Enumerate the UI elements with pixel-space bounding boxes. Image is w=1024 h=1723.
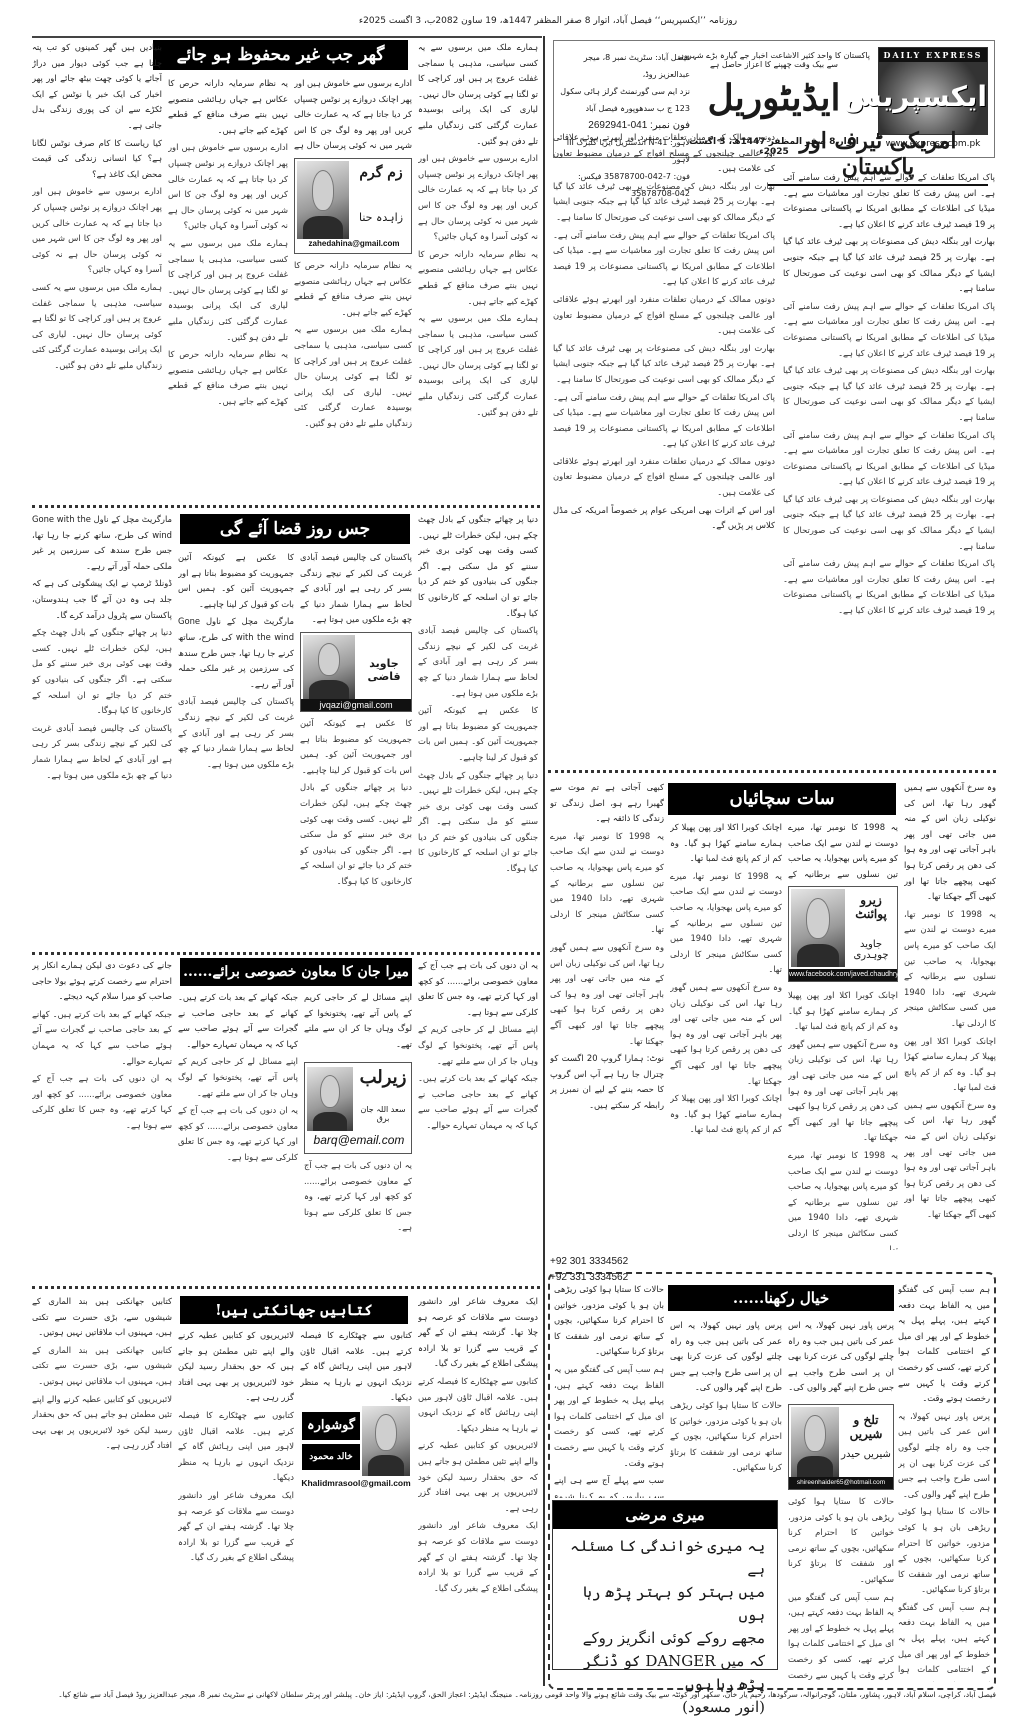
poem-title: میری مرضی — [553, 1501, 777, 1529]
column-paragraph: ہم سب آپس کی گفتگو میں یہ الفاظ بہت دفعہ… — [898, 1282, 990, 1407]
editorial-paragraph: پاک امریکا تعلقات کے حوالے سے اہم پیش رف… — [783, 428, 995, 490]
column-paragraph: جبکہ کھانے کے بعد بات کرتے ہیں۔ کھانے کے… — [418, 1071, 538, 1133]
column-paragraph: پرس پاور نہیں کھولا، یہ اس عمر کی باتیں … — [670, 1318, 782, 1396]
column-paragraph: لائبریریوں کو کتابیں عطیہ کرنے والے اپنے… — [178, 1328, 294, 1406]
column-paragraph: حالات کا ستایا ہوا کوئی ریڑھی بان ہو یا … — [554, 1282, 664, 1360]
poem-attribution: (انور مسعود) — [565, 1696, 765, 1719]
barq-col-2b: یہ ان دنوں کی بات ہے جب آج کے معاون خصوص… — [304, 1158, 412, 1276]
section-divider — [548, 770, 996, 773]
shireen-col-4: حالات کا ستایا ہوا کوئی ریڑھی بان ہو یا … — [554, 1282, 664, 1498]
column-paragraph: وہ سرخ آنکھوں سے ہمیں گھور رہا تھا، اس ک… — [550, 940, 664, 1049]
column-paragraph: نوٹ: ہمارا گروپ 20 اگست کو چترال جا رہا … — [550, 1051, 664, 1113]
qazi-col-1: دنیا پر چھائے جنگوں کے بادل چھٹ چکے ہیں،… — [418, 512, 538, 942]
author-card-zero-point: زیرو پوائنٹ جاوید چوہدری www.facebook.co… — [788, 886, 898, 982]
column-paragraph: جانے کی دعوت دی لیکن ہمارے انکار پر احتر… — [32, 958, 172, 1005]
column-paragraph: کتابیں جھانکتی ہیں بند الماری کے شیشوں س… — [32, 1294, 172, 1341]
column-paragraph: کیا ریاست کا کام صرف نوٹس لگانا ہے؟ کیا … — [32, 136, 162, 183]
column-paragraph: یہ ان دنوں کی بات ہے جب آج کے معاون خصوص… — [178, 1103, 298, 1165]
column-paragraph: وہ سرخ آنکھوں سے ہمیں گھور رہا تھا، اس ک… — [904, 780, 996, 905]
column-paragraph: ہمارے ملک میں برسوں سے یہ کسی سیاسی، مذہ… — [294, 322, 412, 431]
newspaper-page: روزنامہ ’’ایکسپریس‘‘ فیصل آباد، اتوار 8 … — [28, 0, 996, 1723]
editorial-paragraph: بھارت اور بنگلہ دیش کی مصنوعات پر بھی ٹی… — [783, 492, 995, 554]
goshwara-col-1: ایک معروف شاعر اور دانشور دوست سے ملاقات… — [418, 1294, 538, 1686]
address-line: فیصل آباد: سٹریٹ نمبر 8، میجر عبدالعزیز … — [560, 49, 690, 83]
column-headline: میرا جان کا معاون خصوصی برائے...... — [180, 958, 412, 986]
column-paragraph: اچانک کوبرا اکلا اور پھن پھیلا کر ہمارے … — [788, 988, 898, 1035]
poem-box: میری مرضی یہ میری خواندگی کا مسئلہ ہے می… — [552, 1500, 778, 1670]
column-paragraph: وہ سرخ آنکھوں سے ہمیں گھور رہا تھا، اس ک… — [670, 980, 782, 1089]
qazi-col-3: کا عکس ہے کیونکہ آئین جمہوریت کو مضبوط ب… — [178, 550, 294, 942]
column-paragraph: ہم سب آپس کی گفتگو میں یہ الفاظ بہت دفعہ… — [788, 1590, 894, 1684]
zam-garam-col-1: ہمارے ملک میں برسوں سے یہ کسی سیاسی، مذہ… — [418, 40, 538, 495]
column-paragraph: پرس پاور نہیں کھولا، یہ اس عمر کی باتیں … — [788, 1318, 894, 1396]
column-headline: جس روز قضا آئے گی — [180, 514, 410, 544]
author-card-zam-garam: زم گرم زاہدہ حنا zahedahina@gmail.com — [294, 158, 412, 254]
column-paragraph: سب سے پہلے آج سے ہی اپنے سب پیاروں کو یہ… — [554, 1473, 664, 1498]
author-email[interactable]: shireenhaider65@hotmail.com — [789, 1477, 893, 1489]
column-paragraph: وہ سرخ آنکھوں سے ہمیں گھور رہا تھا، اس ک… — [788, 1037, 898, 1146]
column-paragraph: پرس پاور نہیں کھولا، یہ اس عمر کی باتیں … — [898, 1409, 990, 1503]
column-paragraph: پاکستان کی چالیس فیصد آبادی غربت کی لکیر… — [178, 694, 294, 772]
author-photo — [791, 1407, 839, 1477]
shireen-col-3: پرس پاور نہیں کھولا، یہ اس عمر کی باتیں … — [670, 1318, 782, 1498]
author-name: سعد اللہ جان برق — [355, 1105, 411, 1123]
page-dateline: روزنامہ ’’ایکسپریس‘‘ فیصل آباد، اتوار 8 … — [348, 16, 748, 26]
author-photo — [307, 1067, 353, 1131]
column-paragraph: مارگریٹ مچل کے ناول Gone with the wind ک… — [178, 614, 294, 692]
author-photo — [303, 635, 355, 699]
column-paragraph: یہ نظام سرمایہ دارانہ حرص کا عکاس ہے جہا… — [168, 76, 288, 138]
column-paragraph: اچانک کوبرا اکلا اور پھن پھیلا کر ہمارے … — [670, 820, 782, 867]
column-headline: گھر جب غیر محفوظ ہو جائے — [153, 40, 408, 70]
page-footer-imprint: فیصل آباد، کراچی، اسلام آباد، لاہور، پشا… — [28, 1690, 996, 1699]
editorial-paragraph: بھارت اور بنگلہ دیش کی مصنوعات پر بھی ٹی… — [553, 341, 775, 388]
zero-point-col-4: کبھی آجاتی ہے تم موت سے گھبرا رہے ہو، اص… — [550, 780, 664, 1250]
phone-number[interactable]: +92 301 3334562 — [550, 1254, 670, 1270]
logo-band: DAILY EXPRESS — [879, 48, 987, 62]
barq-col-4: جانے کی دعوت دی لیکن ہمارے انکار پر احتر… — [32, 958, 172, 1276]
column-paragraph: ایک معروف شاعر اور دانشور دوست سے ملاقات… — [418, 1518, 538, 1596]
column-paragraph: پاکستان کی چالیس فیصد آبادی غربت کی لکیر… — [32, 721, 172, 783]
column-paragraph: ادارے برسوں سے خاموش ہیں اور پھر اچانک د… — [418, 151, 538, 245]
column-paragraph: مارگریٹ مچل کے ناول Gone with the wind ک… — [32, 512, 172, 574]
column-paragraph: یہ نظام سرمایہ دارانہ حرص کا عکاس ہے جہا… — [294, 258, 412, 320]
column-paragraph: ایک معروف شاعر اور دانشور دوست سے ملاقات… — [418, 1294, 538, 1372]
column-paragraph: ہمارے ملک میں برسوں سے یہ کسی سیاسی، مذہ… — [418, 40, 538, 149]
express-logo: DAILY EXPRESS ایکسپریس — [878, 47, 988, 135]
column-paragraph: لائبریریوں کو کتابیں عطیہ کرنے والے اپنے… — [418, 1438, 538, 1516]
column-paragraph: حالات کا ستایا ہوا کوئی ریڑھی بان ہو یا … — [898, 1504, 990, 1598]
author-card-goshwara: گوشوارہ خالد محمود رسول Khalidmrasool@gm… — [300, 1404, 412, 1496]
column-paragraph: اچانک کوبرا اکلا اور پھن پھیلا کر ہمارے … — [670, 1091, 782, 1138]
goshwara-col-4: کتابیں جھانکتی ہیں بند الماری کے شیشوں س… — [32, 1294, 172, 1686]
column-paragraph: ہمارے ملک میں برسوں سے یہ کسی سیاسی، مذہ… — [168, 236, 288, 345]
column-paragraph: یہ ان دنوں کی بات ہے جب آج کے معاون خصوص… — [304, 1158, 412, 1236]
column-paragraph: بنیادیں ہیں گھر کمینوں کو تب پتہ چلتا ہے… — [32, 40, 162, 134]
column-paragraph: ایک معروف شاعر اور دانشور دوست سے ملاقات… — [178, 1488, 294, 1566]
column-paragraph: یہ 1998 کا نومبر تھا، میرے دوست نے لندن … — [670, 869, 782, 978]
column-paragraph: کا عکس ہے کیونکہ آئین جمہوریت کو مضبوط ب… — [418, 703, 538, 765]
editorial-paragraph: بھارت اور بنگلہ دیش کی مصنوعات پر بھی ٹی… — [783, 234, 995, 296]
barq-col-1: یہ ان دنوں کی بات ہے جب آج کے معاون خصوص… — [418, 958, 538, 1276]
zam-garam-col-2: ادارے برسوں سے خاموش ہیں اور پھر اچانک د… — [294, 76, 412, 156]
editorial-paragraph: بھارت اور بنگلہ دیش کی مصنوعات پر بھی ٹی… — [783, 363, 995, 425]
author-facebook-link[interactable]: www.facebook.com/javed.chaudhry — [789, 969, 897, 981]
globe-icon: ایکسپریس — [879, 62, 987, 134]
column-paragraph: یہ 1998 کا نومبر تھا، میرے دوست نے لندن … — [550, 829, 664, 938]
section-divider — [32, 952, 540, 955]
column-paragraph: یہ 1998 کا نومبر تھا، میرے دوست نے لندن … — [788, 1148, 898, 1250]
author-name: خالد محمود رسول — [302, 1444, 360, 1470]
shireen-col-2b: حالات کا ستایا ہوا کوئی ریڑھی بان ہو یا … — [788, 1494, 894, 1684]
author-email[interactable]: jvqazi@gmail.com — [301, 699, 411, 711]
column-paragraph: ادارے برسوں سے خاموش ہیں اور پھر اچانک د… — [168, 140, 288, 234]
zero-point-col-2: یہ 1998 کا نومبر تھا، میرے دوست نے لندن … — [788, 820, 898, 880]
column-paragraph: وہ سرخ آنکھوں سے ہمیں گھور رہا تھا، اس ک… — [904, 1098, 996, 1223]
address-line: نزد ایم سی گورنمنٹ گرلز ہائی سکول 123 ج … — [560, 83, 690, 117]
qazi-col-2: پاکستان کی چالیس فیصد آبادی غربت کی لکیر… — [300, 550, 412, 630]
editorial-paragraph: پاک امریکا تعلقات کے حوالے سے اہم پیش رف… — [783, 299, 995, 361]
column-paragraph: اچانک کوبرا اکلا اور پھن پھیلا کر ہمارے … — [904, 1034, 996, 1096]
goshwara-col-2: کتابوں سے چھٹکارے کا فیصلہ کرتے ہیں۔ علا… — [300, 1328, 412, 1402]
column-name: تلخ و شیریں — [839, 1413, 893, 1441]
author-name: شیریں حیدر — [839, 1449, 893, 1460]
author-card-zer-e-lab: زیرلب سعد اللہ جان برق barq@email.com — [304, 1062, 412, 1154]
shireen-col-2: پرس پاور نہیں کھولا، یہ اس عمر کی باتیں … — [788, 1318, 894, 1400]
editorial-paragraph: دونوں ممالک کے درمیان تعلقات منفرد اور ا… — [553, 454, 775, 501]
column-paragraph: حالات کا ستایا ہوا کوئی ریڑھی بان ہو یا … — [670, 1398, 782, 1476]
logo-script: ایکسپریس — [879, 80, 987, 113]
zam-garam-col-4: بنیادیں ہیں گھر کمینوں کو تب پتہ چلتا ہے… — [32, 40, 162, 495]
column-paragraph: ڈونلڈ ٹرمپ نے ایک پیشگوئی کی ہے کہ جلد ہ… — [32, 576, 172, 623]
column-name: زم گرم — [351, 165, 411, 181]
zero-point-col-2b: اچانک کوبرا اکلا اور پھن پھیلا کر ہمارے … — [788, 988, 898, 1250]
zero-point-col-1: وہ سرخ آنکھوں سے ہمیں گھور رہا تھا، اس ک… — [904, 780, 996, 1250]
author-photo — [362, 1406, 410, 1476]
column-paragraph: کتابوں سے چھٹکارے کا فیصلہ کرتے ہیں۔ علا… — [178, 1408, 294, 1486]
column-paragraph: ہمارے ملک میں برسوں سے یہ کسی سیاسی، مذہ… — [418, 311, 538, 420]
poem-line: میں بہتر کو بہتر پڑھ رہا ہوں — [565, 1581, 765, 1627]
column-name: زیرو پوائنٹ — [845, 893, 897, 921]
editorial-paragraph: دونوں ممالک کے درمیان تعلقات منفرد اور ا… — [553, 292, 775, 339]
masthead-title: ایڈیٹوریل — [684, 77, 864, 119]
column-paragraph: ہم سب آپس کی گفتگو میں یہ الفاظ بہت دفعہ… — [898, 1600, 990, 1682]
author-email[interactable]: Khalidmrasool@gmail.com — [300, 1478, 412, 1488]
column-name: گوشوارہ — [302, 1412, 360, 1440]
column-name: زیرلب — [355, 1067, 411, 1088]
zam-garam-col-2b: یہ نظام سرمایہ دارانہ حرص کا عکاس ہے جہا… — [294, 258, 412, 495]
column-paragraph: کتابوں سے چھٹکارے کا فیصلہ کرتے ہیں۔ علا… — [418, 1374, 538, 1436]
column-paragraph: دنیا پر چھائے جنگوں کے بادل چھٹ چکے ہیں،… — [418, 512, 538, 621]
column-paragraph: لائبریریوں کو کتابیں عطیہ کرنے والے اپنے… — [32, 1392, 172, 1454]
column-paragraph: کتابیں جھانکتی ہیں بند الماری کے شیشوں س… — [32, 1343, 172, 1390]
editorial-paragraph: پاک امریکا تعلقات کے حوالے سے اہم پیش رف… — [783, 556, 995, 618]
column-headline: کتابیں جھانکتی ہیں! — [180, 1296, 408, 1324]
editorial-paragraph: پاک امریکا تعلقات کے حوالے سے اہم پیش رف… — [553, 390, 775, 452]
section-divider — [32, 505, 540, 508]
barq-col-2: اپنے مسائل لے کر حاجی کریم کے پاس آتے تھ… — [304, 990, 412, 1060]
author-name: جاوید چوہدری — [845, 939, 897, 961]
column-headline: سات سچائیاں — [668, 783, 896, 815]
poem-line: یہ میری خواندگی کا مسئلہ ہے — [565, 1535, 765, 1581]
editorial-paragraph: پاک امریکا تعلقات کے حوالے سے اہم پیش رف… — [783, 170, 995, 232]
column-paragraph: ادارے برسوں سے خاموش ہیں اور پھر اچانک د… — [294, 76, 412, 156]
column-paragraph: ہم سب آپس کی گفتگو میں یہ الفاظ بہت دفعہ… — [554, 1362, 664, 1471]
column-paragraph: یہ نظام سرمایہ دارانہ حرص کا عکاس ہے جہا… — [418, 247, 538, 309]
poem-line: مجھے روکے کوئی انگریز روکے — [565, 1627, 765, 1650]
column-paragraph: پاکستان کی چالیس فیصد آبادی غربت کی لکیر… — [418, 623, 538, 701]
zero-point-col-3: اچانک کوبرا اکلا اور پھن پھیلا کر ہمارے … — [670, 820, 782, 1250]
column-paragraph: دنیا پر چھائے جنگوں کے بادل چھٹ چکے ہیں،… — [32, 625, 172, 719]
editorial-paragraph: اور اس کے اثرات بھی امریکی عوام پر خصوصا… — [553, 503, 775, 534]
editorial-paragraph: بھارت اور بنگلہ دیش کی مصنوعات پر بھی ٹی… — [553, 179, 775, 226]
masthead-tagline: پاکستان کا واحد کثیر الاشاعت اخبار جے گی… — [674, 51, 874, 69]
top-divider — [32, 36, 542, 38]
shireen-col-1: ہم سب آپس کی گفتگو میں یہ الفاظ بہت دفعہ… — [898, 1282, 990, 1682]
column-paragraph: جبکہ کھانے کے بعد بات کرتے ہیں۔ کھانے کے… — [178, 990, 298, 1052]
column-paragraph: جبکہ کھانے کے بعد بات کرتے ہیں۔ کھانے کے… — [32, 1007, 172, 1069]
author-email[interactable]: barq@email.com — [305, 1133, 413, 1147]
column-paragraph: یہ نظام سرمایہ دارانہ حرص کا عکاس ہے جہا… — [168, 347, 288, 409]
column-paragraph: دنیا پر چھائے جنگوں کے بادل چھٹ چکے ہیں،… — [418, 768, 538, 877]
author-card-talkh-o-shireen: تلخ و شیریں شیریں حیدر shireenhaider65@h… — [788, 1404, 894, 1490]
column-paragraph: کبھی آجاتی ہے تم موت سے گھبرا رہے ہو، اص… — [550, 780, 664, 827]
editorial-column-right: پاک امریکا تعلقات کے حوالے سے اہم پیش رف… — [783, 170, 995, 750]
qazi-col-4: مارگریٹ مچل کے ناول Gone with the wind ک… — [32, 512, 172, 942]
column-paragraph: پاکستان کی چالیس فیصد آبادی غربت کی لکیر… — [300, 550, 412, 628]
editorial-column-left: دونوں ممالک کے درمیان تعلقات منفرد اور ا… — [553, 130, 775, 750]
editorial-paragraph: پاک امریکا تعلقات کے حوالے سے اہم پیش رف… — [553, 228, 775, 290]
author-name: زاہدہ حنا — [351, 211, 411, 224]
column-paragraph: اپنے مسائل لے کر حاجی کریم کے پاس آتے تھ… — [304, 990, 412, 1052]
column-paragraph: اپنے مسائل لے کر حاجی کریم کے پاس آتے تھ… — [418, 1022, 538, 1069]
column-paragraph: کتابوں سے چھٹکارے کا فیصلہ کرتے ہیں۔ علا… — [300, 1328, 412, 1402]
column-paragraph: ادارے برسوں سے خاموش ہیں اور پھر اچانک د… — [32, 184, 162, 278]
column-paragraph: حالات کا ستایا ہوا کوئی ریڑھی بان ہو یا … — [788, 1494, 894, 1588]
center-divider — [543, 36, 545, 1686]
column-paragraph: یہ ان دنوں کی بات ہے جب آج کے معاون خصوص… — [32, 1071, 172, 1133]
column-paragraph: یہ 1998 کا نومبر تھا، میرے دوست نے لندن … — [788, 820, 898, 880]
column-paragraph: دنیا پر چھائے جنگوں کے بادل چھٹ چکے ہیں،… — [300, 780, 412, 889]
column-paragraph: کا عکس ہے کیونکہ آئین جمہوریت کو مضبوط ب… — [300, 716, 412, 778]
author-photo — [791, 889, 845, 967]
editorial-paragraph: دونوں ممالک کے درمیان تعلقات منفرد اور ا… — [553, 130, 775, 177]
column-paragraph: اپنے مسائل لے کر حاجی کریم کے پاس آتے تھ… — [178, 1054, 298, 1101]
barq-col-3: جبکہ کھانے کے بعد بات کرتے ہیں۔ کھانے کے… — [178, 990, 298, 1276]
goshwara-col-3: لائبریریوں کو کتابیں عطیہ کرنے والے اپنے… — [178, 1328, 294, 1686]
column-paragraph: یہ 1998 کا نومبر تھا، میرے دوست نے لندن … — [904, 907, 996, 1032]
zam-garam-col-3: یہ نظام سرمایہ دارانہ حرص کا عکاس ہے جہا… — [168, 76, 288, 495]
column-paragraph: کا عکس ہے کیونکہ آئین جمہوریت کو مضبوط ب… — [178, 550, 294, 612]
section-divider — [32, 1286, 540, 1289]
author-card-javed-qazi: جاوید قاضی jvqazi@gmail.com — [300, 632, 412, 712]
column-paragraph: ہمارے ملک میں برسوں سے یہ کسی سیاسی، مذہ… — [32, 280, 162, 374]
author-photo — [297, 161, 349, 239]
qazi-col-2b: کا عکس ہے کیونکہ آئین جمہوریت کو مضبوط ب… — [300, 716, 412, 942]
author-name: جاوید قاضی — [357, 657, 411, 683]
author-email[interactable]: zahedahina@gmail.com — [295, 239, 413, 248]
column-paragraph: یہ ان دنوں کی بات ہے جب آج کے معاون خصوص… — [418, 958, 538, 1020]
column-headline: خیال رکھنا...... — [668, 1285, 894, 1311]
